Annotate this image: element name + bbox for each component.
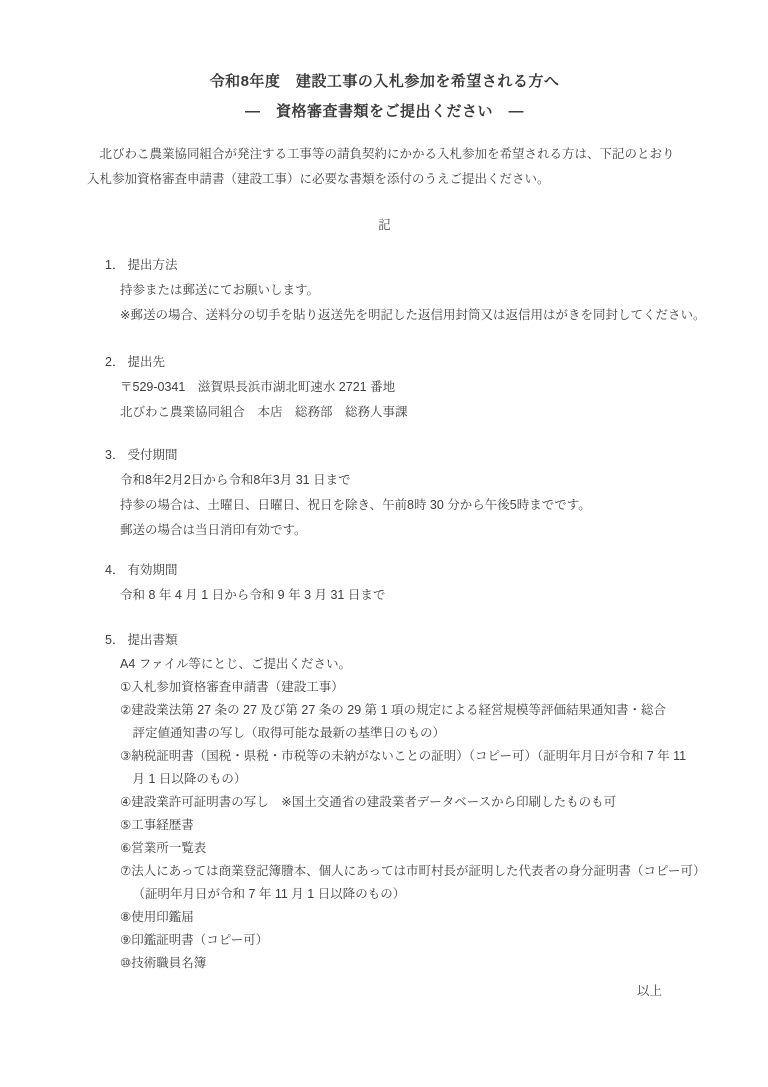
section-heading: 1．提出方法: [105, 253, 682, 278]
intro-line: 入札参加資格審査申請書（建設工事）に必要な書類を添付のうえご提出ください。: [87, 167, 682, 192]
postal-address-line: 〒529-0341 滋賀県長浜市湖北町速水 2721 番地: [120, 375, 682, 400]
item-line: ⑨印鑑証明書（コピー可）: [120, 929, 682, 952]
document-item-5: ⑤工事経歴書: [120, 814, 682, 837]
item-text: 建設業法第 27 条の 27 及び第 27 条の 29 第 1 項の規定による経…: [131, 703, 666, 717]
section-heading-label: 受付期間: [127, 448, 177, 462]
intro-line: 北びわこ農業協同組合が発注する工事等の請負契約にかかる入札参加を希望される方は、…: [87, 142, 682, 167]
item-text: 営業所一覧表: [131, 841, 206, 855]
item-text: 工事経歴書: [131, 818, 194, 832]
item-marker: ⑦: [120, 864, 131, 878]
section-heading-label: 有効期間: [127, 563, 177, 577]
item-text: 入札参加資格審査申請書（建設工事）: [131, 680, 344, 694]
document-item-3: ③納税証明書（国税・県税・市税等の未納がないことの証明）（コピー可）（証明年月日…: [120, 745, 682, 791]
document-item-4: ④建設業許可証明書の写し ※国土交通省の建設業者データベースから印刷したものも可: [120, 791, 682, 814]
period-line: 令和 8 年 4 月 1 日から令和 9 年 3 月 31 日まで: [120, 583, 682, 608]
item-marker: ⑥: [120, 841, 131, 855]
document-item-8: ⑧使用印鑑届: [120, 906, 682, 929]
section-submission-address: 2．提出先 〒529-0341 滋賀県長浜市湖北町速水 2721 番地 北びわこ…: [87, 350, 682, 425]
body-line: 郵送の場合は当日消印有効です。: [120, 518, 682, 543]
section-submission-method: 1．提出方法 持参または郵送にてお願いします。 ※郵送の場合、送料分の切手を貼り…: [87, 253, 682, 328]
closing-marker: 以上: [87, 979, 662, 1004]
section-heading-label: 提出書類: [127, 633, 177, 647]
document-item-1: ①入札参加資格審査申請書（建設工事）: [120, 676, 682, 699]
item-marker: ②: [120, 703, 131, 717]
section-reception-period: 3．受付期間 令和8年2月2日から令和8年3月 31 日まで 持参の場合は、土曜…: [87, 443, 682, 543]
item-line: ②建設業法第 27 条の 27 及び第 27 条の 29 第 1 項の規定による…: [120, 699, 682, 722]
section-body: 令和 8 年 4 月 1 日から令和 9 年 3 月 31 日まで: [120, 583, 682, 608]
document-title: 令和8年度 建設工事の入札参加を希望される方へ ― 資格審査書類をご提出ください…: [87, 67, 682, 127]
section-validity-period: 4．有効期間 令和 8 年 4 月 1 日から令和 9 年 3 月 31 日まで: [87, 558, 682, 608]
body-line: 持参の場合は、土曜日、日曜日、祝日を除き、午前8時 30 分から午後5時までです…: [120, 493, 682, 518]
item-line: ⑤工事経歴書: [120, 814, 682, 837]
section-number: 5．: [105, 633, 124, 647]
item-line: ④建設業許可証明書の写し ※国土交通省の建設業者データベースから印刷したものも可: [120, 791, 682, 814]
item-text: 使用印鑑届: [131, 910, 194, 924]
section-number: 3．: [105, 448, 124, 462]
item-marker: ⑤: [120, 818, 131, 832]
item-line: ⑥営業所一覧表: [120, 837, 682, 860]
item-line: ①入札参加資格審査申請書（建設工事）: [120, 676, 682, 699]
item-text: 印鑑証明書（コピー可）: [131, 933, 268, 947]
organization-line: 北びわこ農業協同組合 本店 総務部 総務人事課: [120, 400, 682, 425]
section-body: 〒529-0341 滋賀県長浜市湖北町速水 2721 番地 北びわこ農業協同組合…: [120, 375, 682, 425]
section-heading-label: 提出先: [127, 355, 165, 369]
document-item-9: ⑨印鑑証明書（コピー可）: [120, 929, 682, 952]
section-heading: 4．有効期間: [105, 558, 682, 583]
period-line: 令和8年2月2日から令和8年3月 31 日まで: [120, 468, 682, 493]
item-line: ⑧使用印鑑届: [120, 906, 682, 929]
item-marker: ⑧: [120, 910, 131, 924]
item-marker: ①: [120, 680, 131, 694]
item-line: ⑦法人にあっては商業登記簿謄本、個人にあっては市町村長が証明した代表者の身分証明…: [120, 860, 682, 883]
section-documents: 5．提出書類 A4 ファイル等にとじ、ご提出ください。 ①入札参加資格審査申請書…: [87, 628, 682, 975]
item-text: 法人にあっては商業登記簿謄本、個人にあっては市町村長が証明した代表者の身分証明書…: [131, 864, 705, 878]
section-number: 4．: [105, 563, 124, 577]
section-heading: 5．提出書類: [105, 628, 682, 653]
section-heading: 3．受付期間: [105, 443, 682, 468]
item-marker: ⑨: [120, 933, 131, 947]
body-line-note: ※郵送の場合、送料分の切手を貼り返送先を明記した返信用封筒又は返信用はがきを同封…: [120, 303, 682, 328]
item-line: ⑩技術職員名簿: [120, 952, 682, 975]
body-line: 持参または郵送にてお願いします。: [120, 278, 682, 303]
title-line-2: ― 資格審査書類をご提出ください ―: [87, 97, 682, 127]
section-body: 令和8年2月2日から令和8年3月 31 日まで 持参の場合は、土曜日、日曜日、祝…: [120, 468, 682, 543]
item-marker: ③: [120, 749, 131, 763]
body-line: A4 ファイル等にとじ、ご提出ください。: [120, 653, 682, 676]
title-line-1: 令和8年度 建設工事の入札参加を希望される方へ: [87, 67, 682, 97]
item-continuation-line: 評定値通知書の写し（取得可能な最新の基準日のもの）: [120, 722, 682, 745]
item-text: 建設業許可証明書の写し ※国土交通省の建設業者データベースから印刷したものも可: [131, 795, 616, 809]
document-item-6: ⑥営業所一覧表: [120, 837, 682, 860]
document-page: 令和8年度 建設工事の入札参加を希望される方へ ― 資格審査書類をご提出ください…: [0, 0, 768, 1087]
section-body: A4 ファイル等にとじ、ご提出ください。 ①入札参加資格審査申請書（建設工事） …: [120, 653, 682, 975]
document-item-7: ⑦法人にあっては商業登記簿謄本、個人にあっては市町村長が証明した代表者の身分証明…: [120, 860, 682, 906]
section-body: 持参または郵送にてお願いします。 ※郵送の場合、送料分の切手を貼り返送先を明記し…: [120, 278, 682, 328]
section-heading: 2．提出先: [105, 350, 682, 375]
record-marker: 記: [87, 213, 682, 238]
section-heading-label: 提出方法: [127, 258, 177, 272]
section-number: 1．: [105, 258, 124, 272]
item-continuation-line: 月 1 日以降のもの）: [120, 768, 682, 791]
item-marker: ⑩: [120, 956, 131, 970]
item-line: ③納税証明書（国税・県税・市税等の未納がないことの証明）（コピー可）（証明年月日…: [120, 745, 682, 768]
document-item-2: ②建設業法第 27 条の 27 及び第 27 条の 29 第 1 項の規定による…: [120, 699, 682, 745]
intro-paragraph: 北びわこ農業協同組合が発注する工事等の請負契約にかかる入札参加を希望される方は、…: [87, 142, 682, 192]
item-text: 技術職員名簿: [131, 956, 206, 970]
item-marker: ④: [120, 795, 131, 809]
section-number: 2．: [105, 355, 124, 369]
item-continuation-line: （証明年月日が令和 7 年 11 月 1 日以降のもの）: [120, 883, 682, 906]
document-item-10: ⑩技術職員名簿: [120, 952, 682, 975]
item-text: 納税証明書（国税・県税・市税等の未納がないことの証明）（コピー可）（証明年月日が…: [131, 749, 686, 763]
